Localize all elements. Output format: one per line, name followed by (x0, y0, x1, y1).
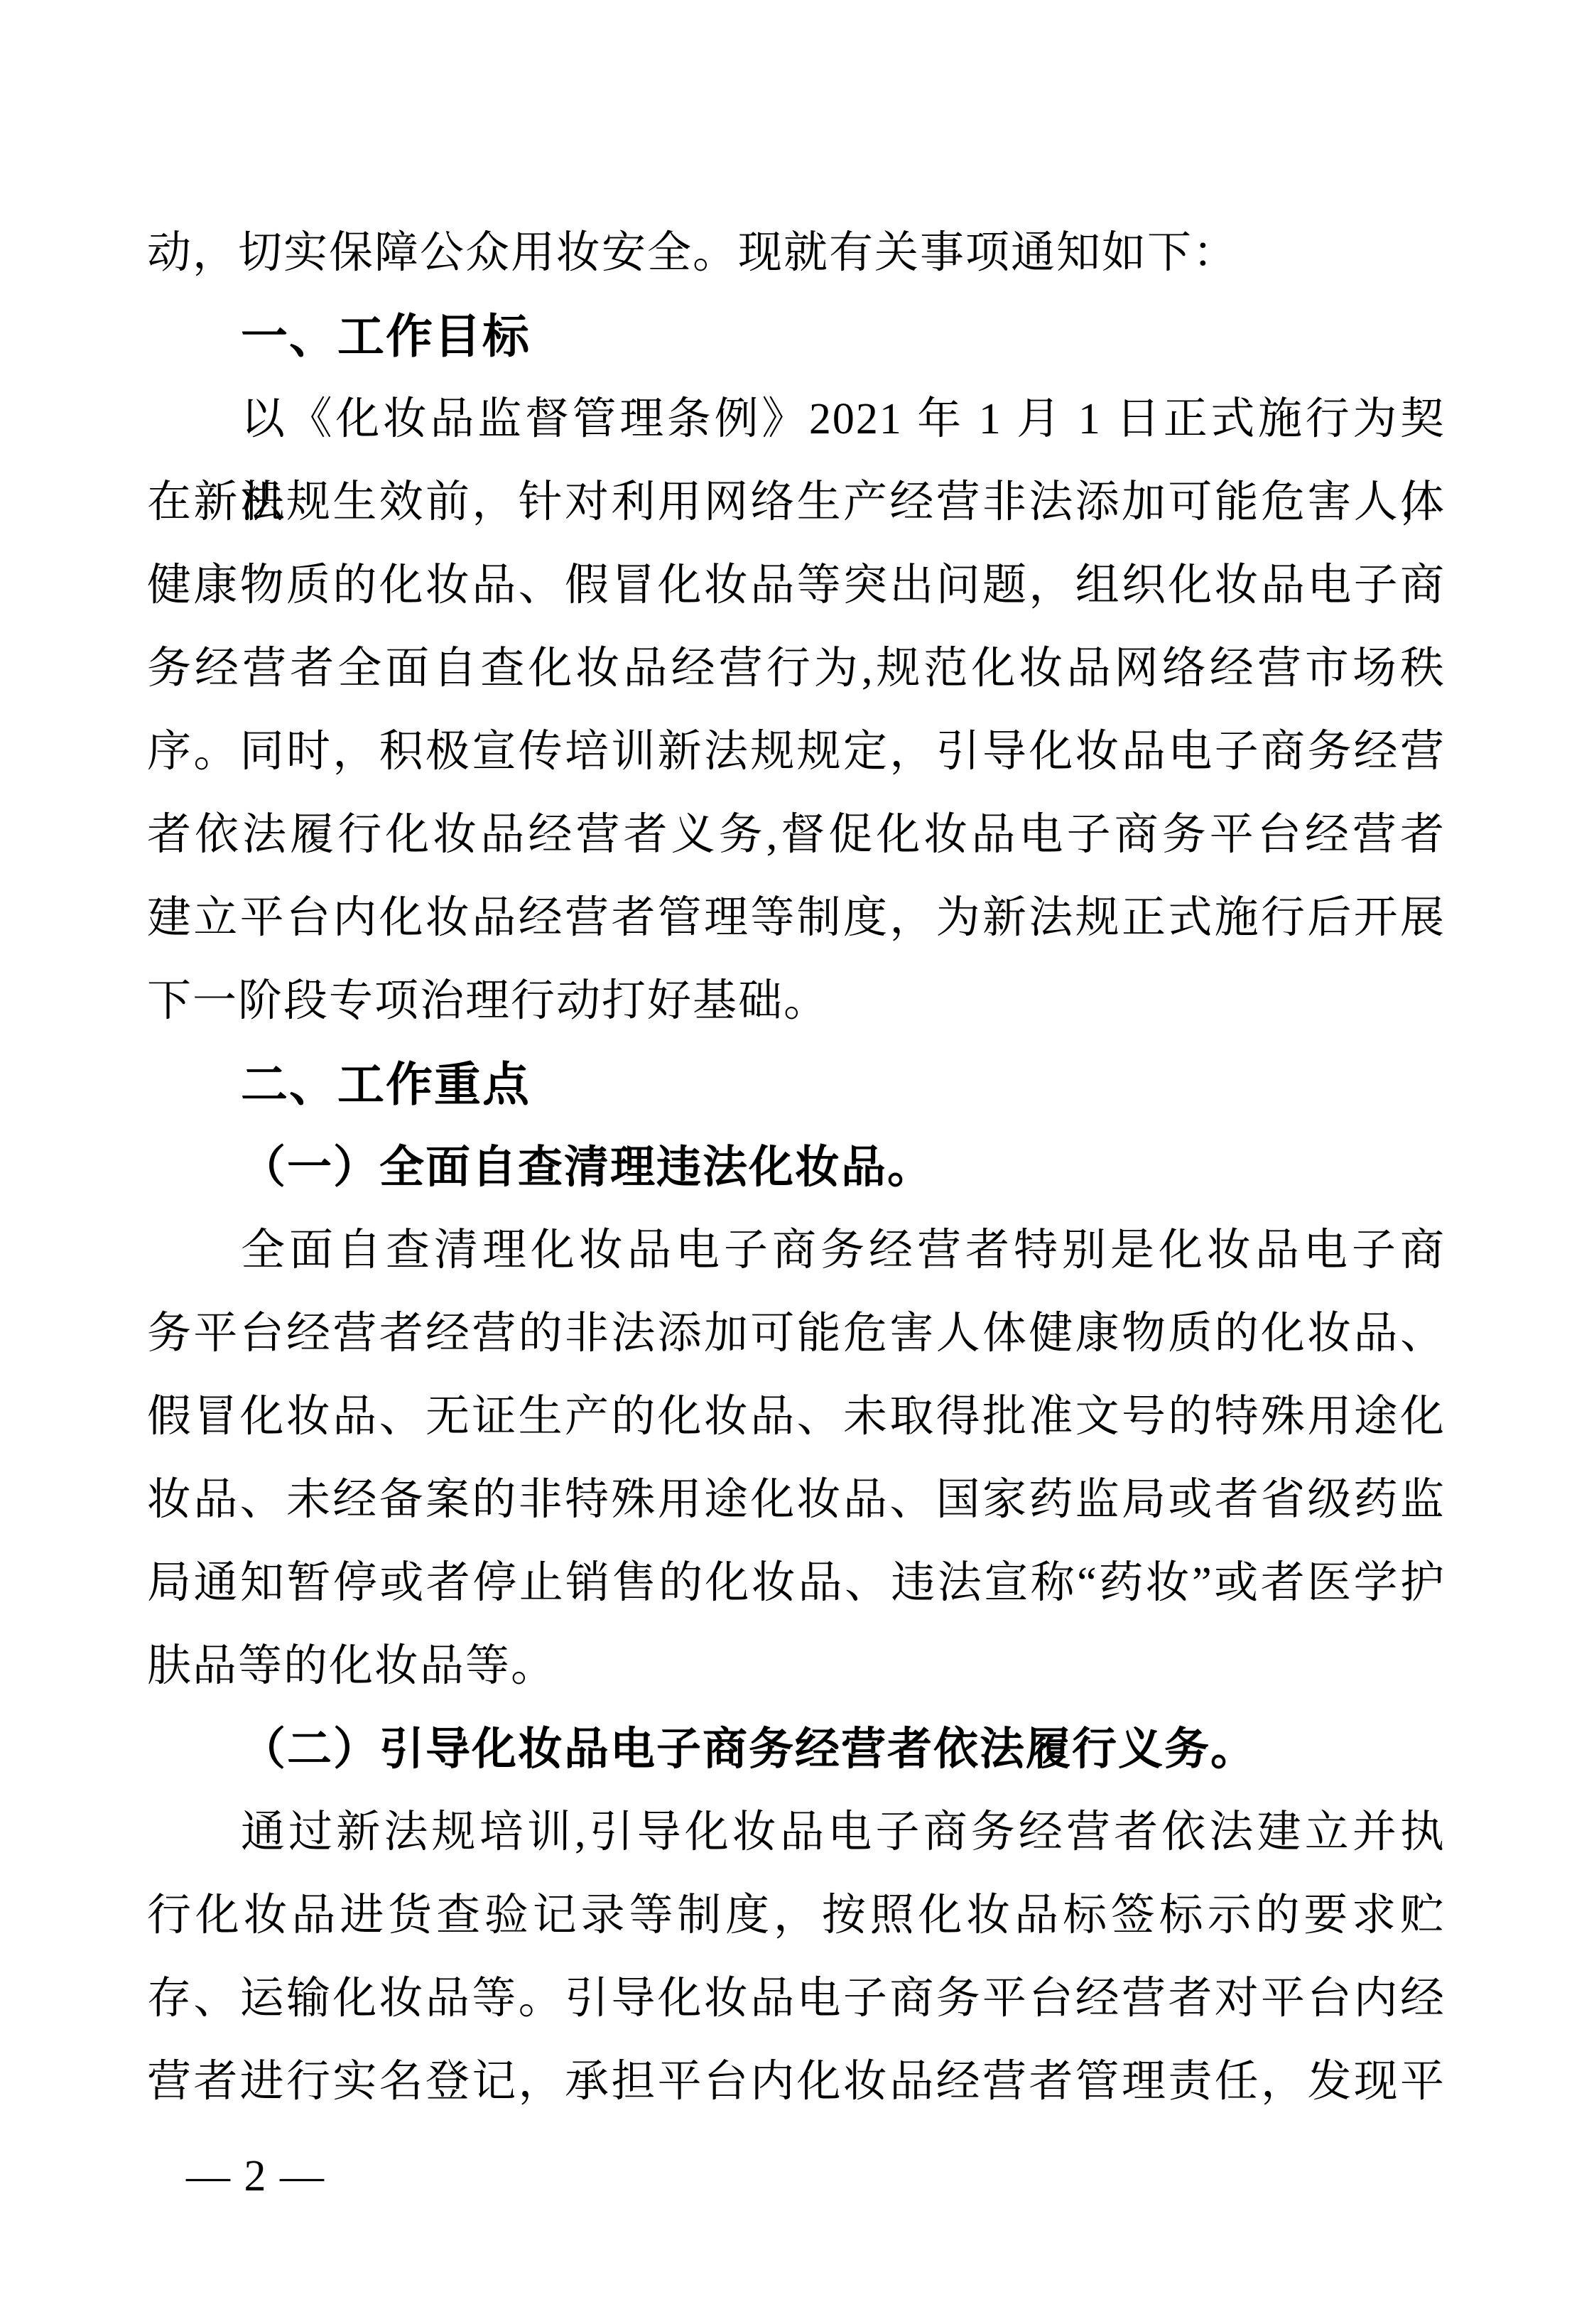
body-text-line: 妆品、未经备案的非特殊用途化妆品、国家药监局或者省级药监 (147, 1459, 1446, 1542)
section-heading: 二、工作重点 (147, 1043, 1446, 1126)
body-text-line: 营者进行实名登记，承担平台内化妆品经营者管理责任，发现平 (147, 2041, 1446, 2124)
body-text-line: 通过新法规培训,引导化妆品电子商务经营者依法建立并执 (147, 1791, 1446, 1874)
body-text-line: 局通知暂停或者停止销售的化妆品、违法宣称“药妆”或者医学护 (147, 1542, 1446, 1625)
body-text-line: 序。同时，积极宣传培训新法规规定，引导化妆品电子商务经营 (147, 710, 1446, 794)
document-body: 动，切实保障公众用妆安全。现就有关事项通知如下： 一、工作目标 以《化妆品监督管… (147, 212, 1446, 2124)
body-text-line: 健康物质的化妆品、假冒化妆品等突出问题，组织化妆品电子商 (147, 544, 1446, 627)
body-text-line: 建立平台内化妆品经营者管理等制度，为新法规正式施行后开展 (147, 877, 1446, 960)
body-text-line: 以《化妆品监督管理条例》2021 年 1 月 1 日正式施行为契机， (147, 378, 1446, 461)
body-text-line: 全面自查清理化妆品电子商务经营者特别是化妆品电子商 (147, 1209, 1446, 1292)
body-text-line: 下一阶段专项治理行动打好基础。 (147, 960, 1446, 1043)
body-text-line: 肤品等的化妆品等。 (147, 1625, 1446, 1708)
body-text-line: 在新法规生效前，针对利用网络生产经营非法添加可能危害人体 (147, 461, 1446, 544)
body-text-line: 者依法履行化妆品经营者义务,督促化妆品电子商务平台经营者 (147, 794, 1446, 877)
page-number: — 2 — (186, 2148, 325, 2205)
body-text-line: 动，切实保障公众用妆安全。现就有关事项通知如下： (147, 212, 1446, 295)
body-text-line: 存、运输化妆品等。引导化妆品电子商务平台经营者对平台内经 (147, 1957, 1446, 2041)
body-text-line: 务经营者全面自查化妆品经营行为,规范化妆品网络经营市场秩 (147, 627, 1446, 710)
subsection-heading: （二）引导化妆品电子商务经营者依法履行义务。 (147, 1708, 1446, 1791)
document-page: 动，切实保障公众用妆安全。现就有关事项通知如下： 一、工作目标 以《化妆品监督管… (0, 0, 1594, 2324)
section-heading: 一、工作目标 (147, 295, 1446, 378)
body-text-line: 务平台经营者经营的非法添加可能危害人体健康物质的化妆品、 (147, 1292, 1446, 1376)
subsection-heading: （一）全面自查清理违法化妆品。 (147, 1126, 1446, 1209)
body-text-line: 假冒化妆品、无证生产的化妆品、未取得批准文号的特殊用途化 (147, 1376, 1446, 1459)
body-text-line: 行化妆品进货查验记录等制度，按照化妆品标签标示的要求贮 (147, 1874, 1446, 1957)
